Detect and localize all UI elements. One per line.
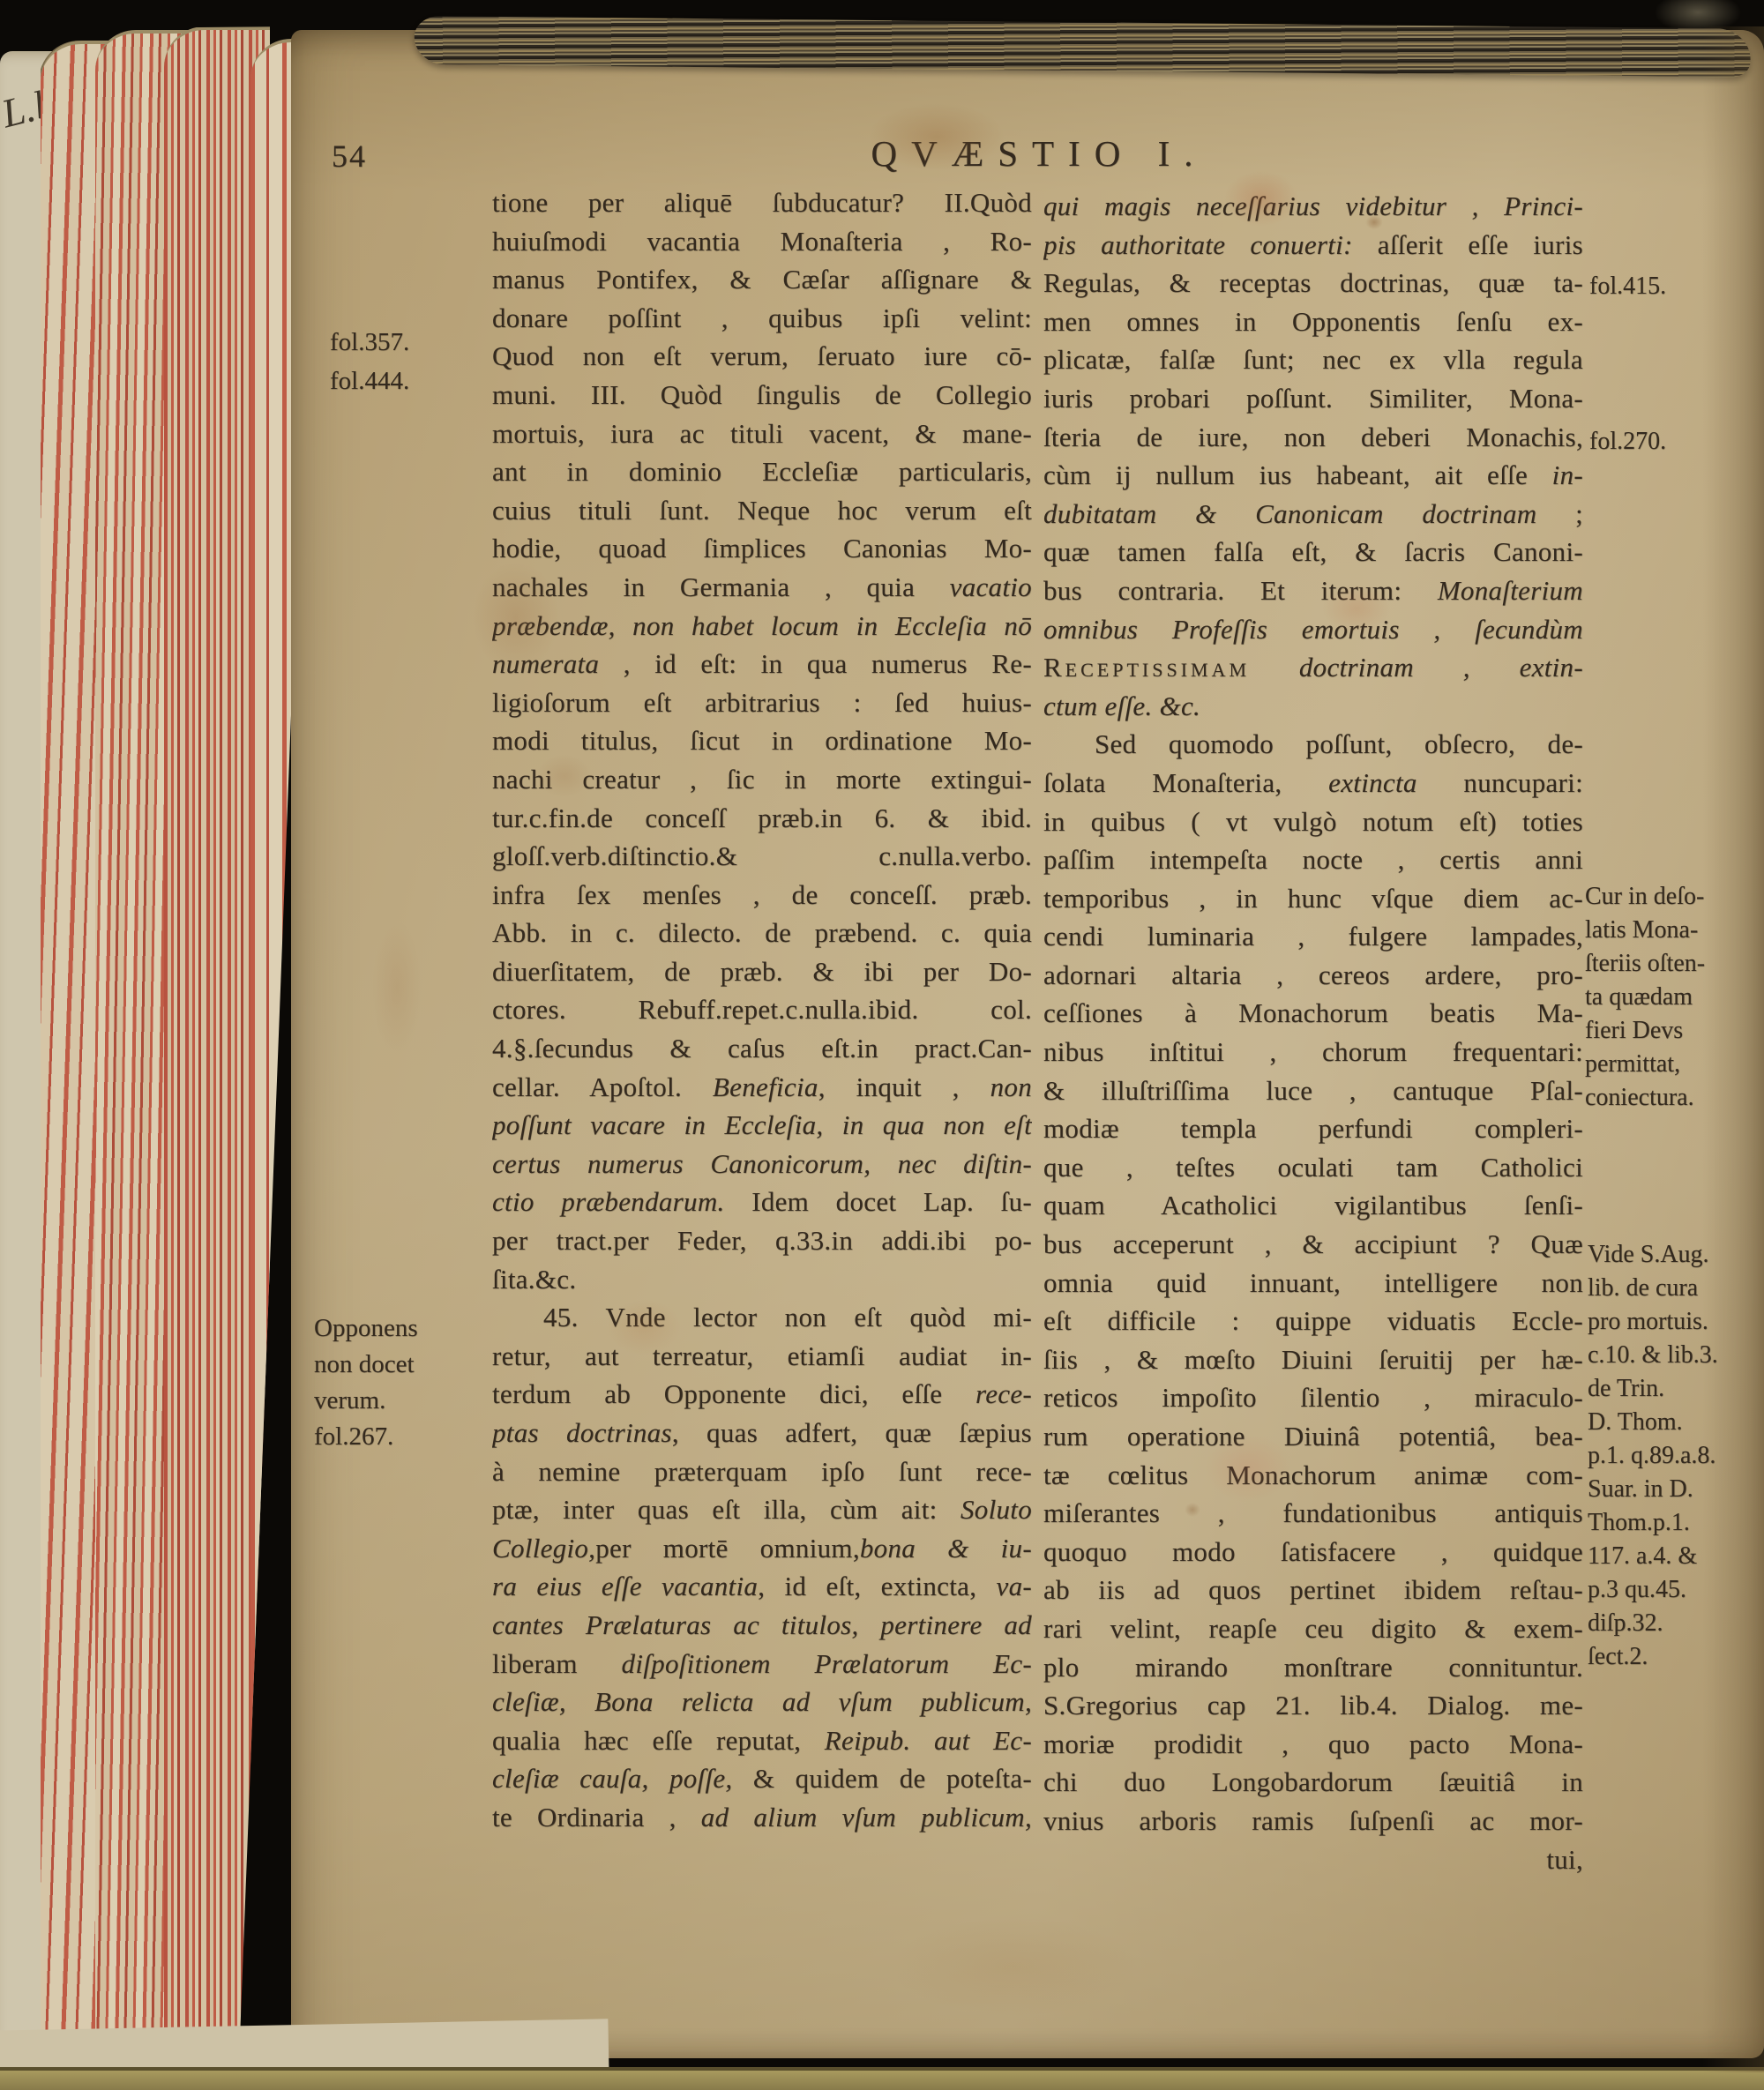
text-line: gloſſ.verb.diſtinctio.& c.nulla.verbo. [492, 837, 1032, 876]
text-line: plicatæ, falſæ ſunt; nec ex vlla regula [1043, 340, 1583, 379]
margin-note-line: ta quædam [1585, 981, 1705, 1014]
text-line: vnius arboris ramis ſuſpenſi ac mor- [1043, 1802, 1583, 1840]
text-line: à nemine præterquam ipſo ſunt rece- [492, 1452, 1032, 1491]
text-line: ſiis , & mœſto Diuini ſeruitij per hæ- [1043, 1340, 1583, 1379]
text-line: qualia hæc eſſe reputat, Reipub. aut Ec- [492, 1721, 1032, 1760]
margin-note-line: fol.270. [1589, 425, 1666, 459]
margin-note-line: c.10. & lib.3. [1588, 1339, 1718, 1372]
text-line: que , teſtes oculati tam Catholici [1043, 1148, 1583, 1187]
text-line: S.Gregorius cap 21. lib.4. Dialog. me- [1043, 1686, 1583, 1725]
margin-note-line: ſect.2. [1588, 1640, 1718, 1674]
text-line: omnia quid innuant, intelligere non [1043, 1264, 1583, 1303]
text-column-left: tione per aliquē ſubducatur? II.Quòdhuiu… [492, 183, 1032, 1837]
text-line: certus numerus Canonicorum, nec diſtin- [492, 1145, 1032, 1183]
text-line: adornari altaria , cereos ardere, pro- [1043, 956, 1583, 995]
text-line: ant in dominio Eccleſiæ particularis, [492, 452, 1032, 491]
text-line: ctores. Rebuff.repet.c.nulla.ibid. col. [492, 990, 1032, 1029]
margin-note: Cur in deſo-latis Mona-ſteriis oſten-ta … [1585, 880, 1705, 1115]
text-line: cendi luminaria , fulgere lampades, [1043, 917, 1583, 956]
margin-note-line: pro mortuis. [1588, 1305, 1718, 1339]
text-line: modi titulus, ſicut in ordinatione Mo- [492, 721, 1032, 760]
text-line: Collegio,per mortē omnium,bona & iu- [492, 1529, 1032, 1568]
margin-note: fol.415. [1589, 270, 1666, 303]
margin-note-line: ſteriis oſten- [1585, 947, 1705, 981]
text-line: 4.§.ſecundus & caſus eſt.in pract.Can- [492, 1029, 1032, 1068]
text-column-right: qui magis neceſſarius videbitur , Princi… [1043, 187, 1583, 1878]
text-line: ctio præbendarum. Idem docet Lap. ſu- [492, 1183, 1032, 1221]
text-line: Regulas, & receptas doctrinas, quæ ta- [1043, 264, 1583, 302]
text-line: chi duo Longobardorum ſæuitiâ in [1043, 1763, 1583, 1802]
text-line: ptæ, inter quas eſt illa, cùm ait: Solut… [492, 1490, 1032, 1529]
text-line: Sed quomodo poſſunt, obſecro, de- [1043, 725, 1583, 764]
text-line: Abb. in c. dilecto. de præbend. c. quia [492, 914, 1032, 952]
text-line: & illuſtriſſima luce , cantuque Pſal- [1043, 1071, 1583, 1110]
margin-note-line: permittat, [1585, 1048, 1705, 1081]
margin-note-line: fol.357. [330, 323, 409, 362]
text-line: qui magis neceſſarius videbitur , Princi… [1043, 187, 1583, 226]
text-line: ptas doctrinas, quas adfert, quæ ſæpius [492, 1414, 1032, 1452]
margin-note-line: latis Mona- [1585, 914, 1705, 947]
text-line: liberam diſpoſitionem Prælatorum Ec- [492, 1645, 1032, 1683]
text-line: bus contraria. Et iterum: Monaſterium [1043, 571, 1583, 610]
text-line: ligioſorum eſt arbitrarius : ſed huius- [492, 683, 1032, 722]
text-line: cuius tituli ſunt. Neque hoc verum eſt [492, 491, 1032, 530]
margin-note-line: coniectura. [1585, 1081, 1705, 1115]
margin-note: fol.357.fol.444. [330, 323, 409, 400]
text-line: tæ cœlitus Monachorum animæ com- [1043, 1456, 1583, 1495]
text-line: tur.c.fin.de conceſſ præb.in 6. & ibid. [492, 799, 1032, 838]
text-line: rum operatione Diuinâ potentiâ, bea- [1043, 1417, 1583, 1456]
margin-note-line: lib. de cura [1588, 1272, 1718, 1305]
text-line: ab iis ad quos pertinet ibidem reſtau- [1043, 1571, 1583, 1609]
text-line: poſſunt vacare in Eccleſia, in qua non e… [492, 1106, 1032, 1145]
text-line: manus Pontifex, & Cæſar aſſignare & [492, 260, 1032, 299]
catchword: tui, [1043, 1840, 1583, 1879]
text-line: muni. III. Quòd ſingulis de Collegio [492, 376, 1032, 414]
text-line: nibus inſtitui , chorum frequentari: [1043, 1033, 1583, 1071]
margin-note-line: 117. a.4. & [1588, 1540, 1718, 1573]
book-scan: { "page": { "number": "54", "running_hea… [0, 0, 1764, 2090]
text-line: nachales in Germania , quia vacatio [492, 568, 1032, 607]
text-line: cùm ij nullum ius habeant, ait eſſe in- [1043, 456, 1583, 495]
text-line: cleſiæ, Bona relicta ad vſum publicum, [492, 1683, 1032, 1721]
margin-note-line: Thom.p.1. [1588, 1506, 1718, 1540]
text-line: ra eius eſſe vacantia, id eſt, extincta,… [492, 1567, 1032, 1606]
text-line: bus acceperunt , & accipiunt ? Quæ [1043, 1225, 1583, 1264]
text-line: paſſim intempeſta nocte , certis anni [1043, 840, 1583, 879]
text-line: terdum ab Opponente dici, eſſe rece- [492, 1375, 1032, 1414]
text-line: ſita.&c. [492, 1260, 1032, 1299]
margin-note: Opponensnon docetverum.fol.267. [314, 1310, 418, 1455]
margin-note-line: verum. [314, 1383, 418, 1419]
margin-note-line: Cur in deſo- [1585, 880, 1705, 914]
text-line: hodie, quoad ſimplices Canonias Mo- [492, 529, 1032, 568]
margin-note-line: D. Thom. [1588, 1406, 1718, 1439]
margin-note: Vide S.Aug.lib. de curapro mortuis.c.10.… [1588, 1238, 1718, 1674]
text-line: eſt difficile : quippe viduatis Eccle- [1043, 1302, 1583, 1340]
text-line: cellar. Apoſtol. Beneficia, inquit , non [492, 1068, 1032, 1107]
running-header: QVÆSTIO I. [492, 132, 1586, 175]
margin-note-line: p.3 qu.45. [1588, 1573, 1718, 1607]
text-line: diuerſitatem, de præb. & ibi per Do- [492, 952, 1032, 991]
margin-note: fol.270. [1589, 425, 1666, 459]
margin-note-line: Suar. in D. [1588, 1473, 1718, 1506]
text-line: ctum eſſe. &c. [1043, 687, 1583, 726]
text-line: ceſſiones à Monachorum beatis Ma- [1043, 994, 1583, 1033]
text-line: infra ſex menſes , de conceſſ. præb. [492, 876, 1032, 914]
text-line: men omnes in Opponentis ſenſu ex- [1043, 302, 1583, 341]
text-line: huiuſmodi vacantia Monaſteria , Ro- [492, 222, 1032, 261]
text-line: modiæ templa perfundi compleri- [1043, 1109, 1583, 1148]
margin-note-line: non docet [314, 1347, 418, 1383]
text-line: omnibus Profeſſis emortuis , ſecundùm [1043, 610, 1583, 649]
text-line: pis authoritate conuerti: aſſerit eſſe i… [1043, 226, 1583, 265]
text-line: quam Acatholici vigilantibus ſenſi- [1043, 1186, 1583, 1225]
text-line: iuris probari poſſunt. Similiter, Mona- [1043, 379, 1583, 418]
margin-note-line: Vide S.Aug. [1588, 1238, 1718, 1272]
text-line: reticos impoſito ſilentio , miraculo- [1043, 1378, 1583, 1417]
text-line: præbendæ, non habet locum in Eccleſia nō [492, 607, 1032, 646]
margin-note-line: fieri Devs [1585, 1014, 1705, 1048]
text-line: quoquo modo ſatisfacere , quidque [1043, 1533, 1583, 1571]
margin-note-line: Opponens [314, 1310, 418, 1347]
text-line: 45. Vnde lector non eſt quòd mi- [492, 1298, 1032, 1337]
text-line: in quibus ( vt vulgò notum eſt) toties [1043, 802, 1583, 841]
text-line: ſteria de iure, non deberi Monachis, [1043, 418, 1583, 457]
text-line: donare poſſint , quibus ipſi velint: [492, 299, 1032, 338]
text-line: temporibus , in hunc vſque diem ac- [1043, 879, 1583, 918]
text-line: Receptissimam doctrinam , extin- [1043, 648, 1583, 687]
text-line: miſerantes , fundationibus antiquis [1043, 1494, 1583, 1533]
page-text-layer: 54 QVÆSTIO I. tione per aliquē ſubducatu… [0, 0, 1764, 2090]
margin-note-line: fol.444. [330, 362, 409, 400]
text-line: plo mirando monſtrare connituntur. [1043, 1648, 1583, 1687]
text-line: Quod non eſt verum, ſeruato iure cō- [492, 337, 1032, 376]
text-line: numerata , id eſt: in qua numerus Re- [492, 645, 1032, 683]
margin-note-line: de Trin. [1588, 1372, 1718, 1406]
text-line: moriæ prodidit , quo pacto Mona- [1043, 1725, 1583, 1764]
text-line: per tract.per Feder, q.33.in addi.ibi po… [492, 1221, 1032, 1260]
text-line: te Ordinaria , ad alium vſum publicum, [492, 1798, 1032, 1837]
margin-note-line: fol.415. [1589, 270, 1666, 303]
text-line: ſolata Monaſteria, extincta nuncupari: [1043, 764, 1583, 802]
text-line: retur, aut terreatur, etiamſi audiat in- [492, 1337, 1032, 1376]
page-number: 54 [332, 138, 367, 175]
margin-note-line: p.1. q.89.a.8. [1588, 1439, 1718, 1473]
text-line: cantes Prælaturas ac titulos, pertinere … [492, 1606, 1032, 1645]
text-line: rari velint, reapſe ceu digito & exem- [1043, 1609, 1583, 1648]
margin-note-line: diſp.32. [1588, 1607, 1718, 1640]
margin-note-line: fol.267. [314, 1419, 418, 1455]
text-line: nachi creatur , ſic in morte extingui- [492, 760, 1032, 799]
text-line: quæ tamen falſa eſt, & ſacris Canoni- [1043, 533, 1583, 571]
text-line: mortuis, iura ac tituli vacent, & mane- [492, 414, 1032, 453]
text-line: tione per aliquē ſubducatur? II.Quòd [492, 183, 1032, 222]
text-line: cleſiæ cauſa, poſſe, & quidem de poteſta… [492, 1759, 1032, 1798]
text-line: dubitatam & Canonicam doctrinam ; [1043, 495, 1583, 534]
